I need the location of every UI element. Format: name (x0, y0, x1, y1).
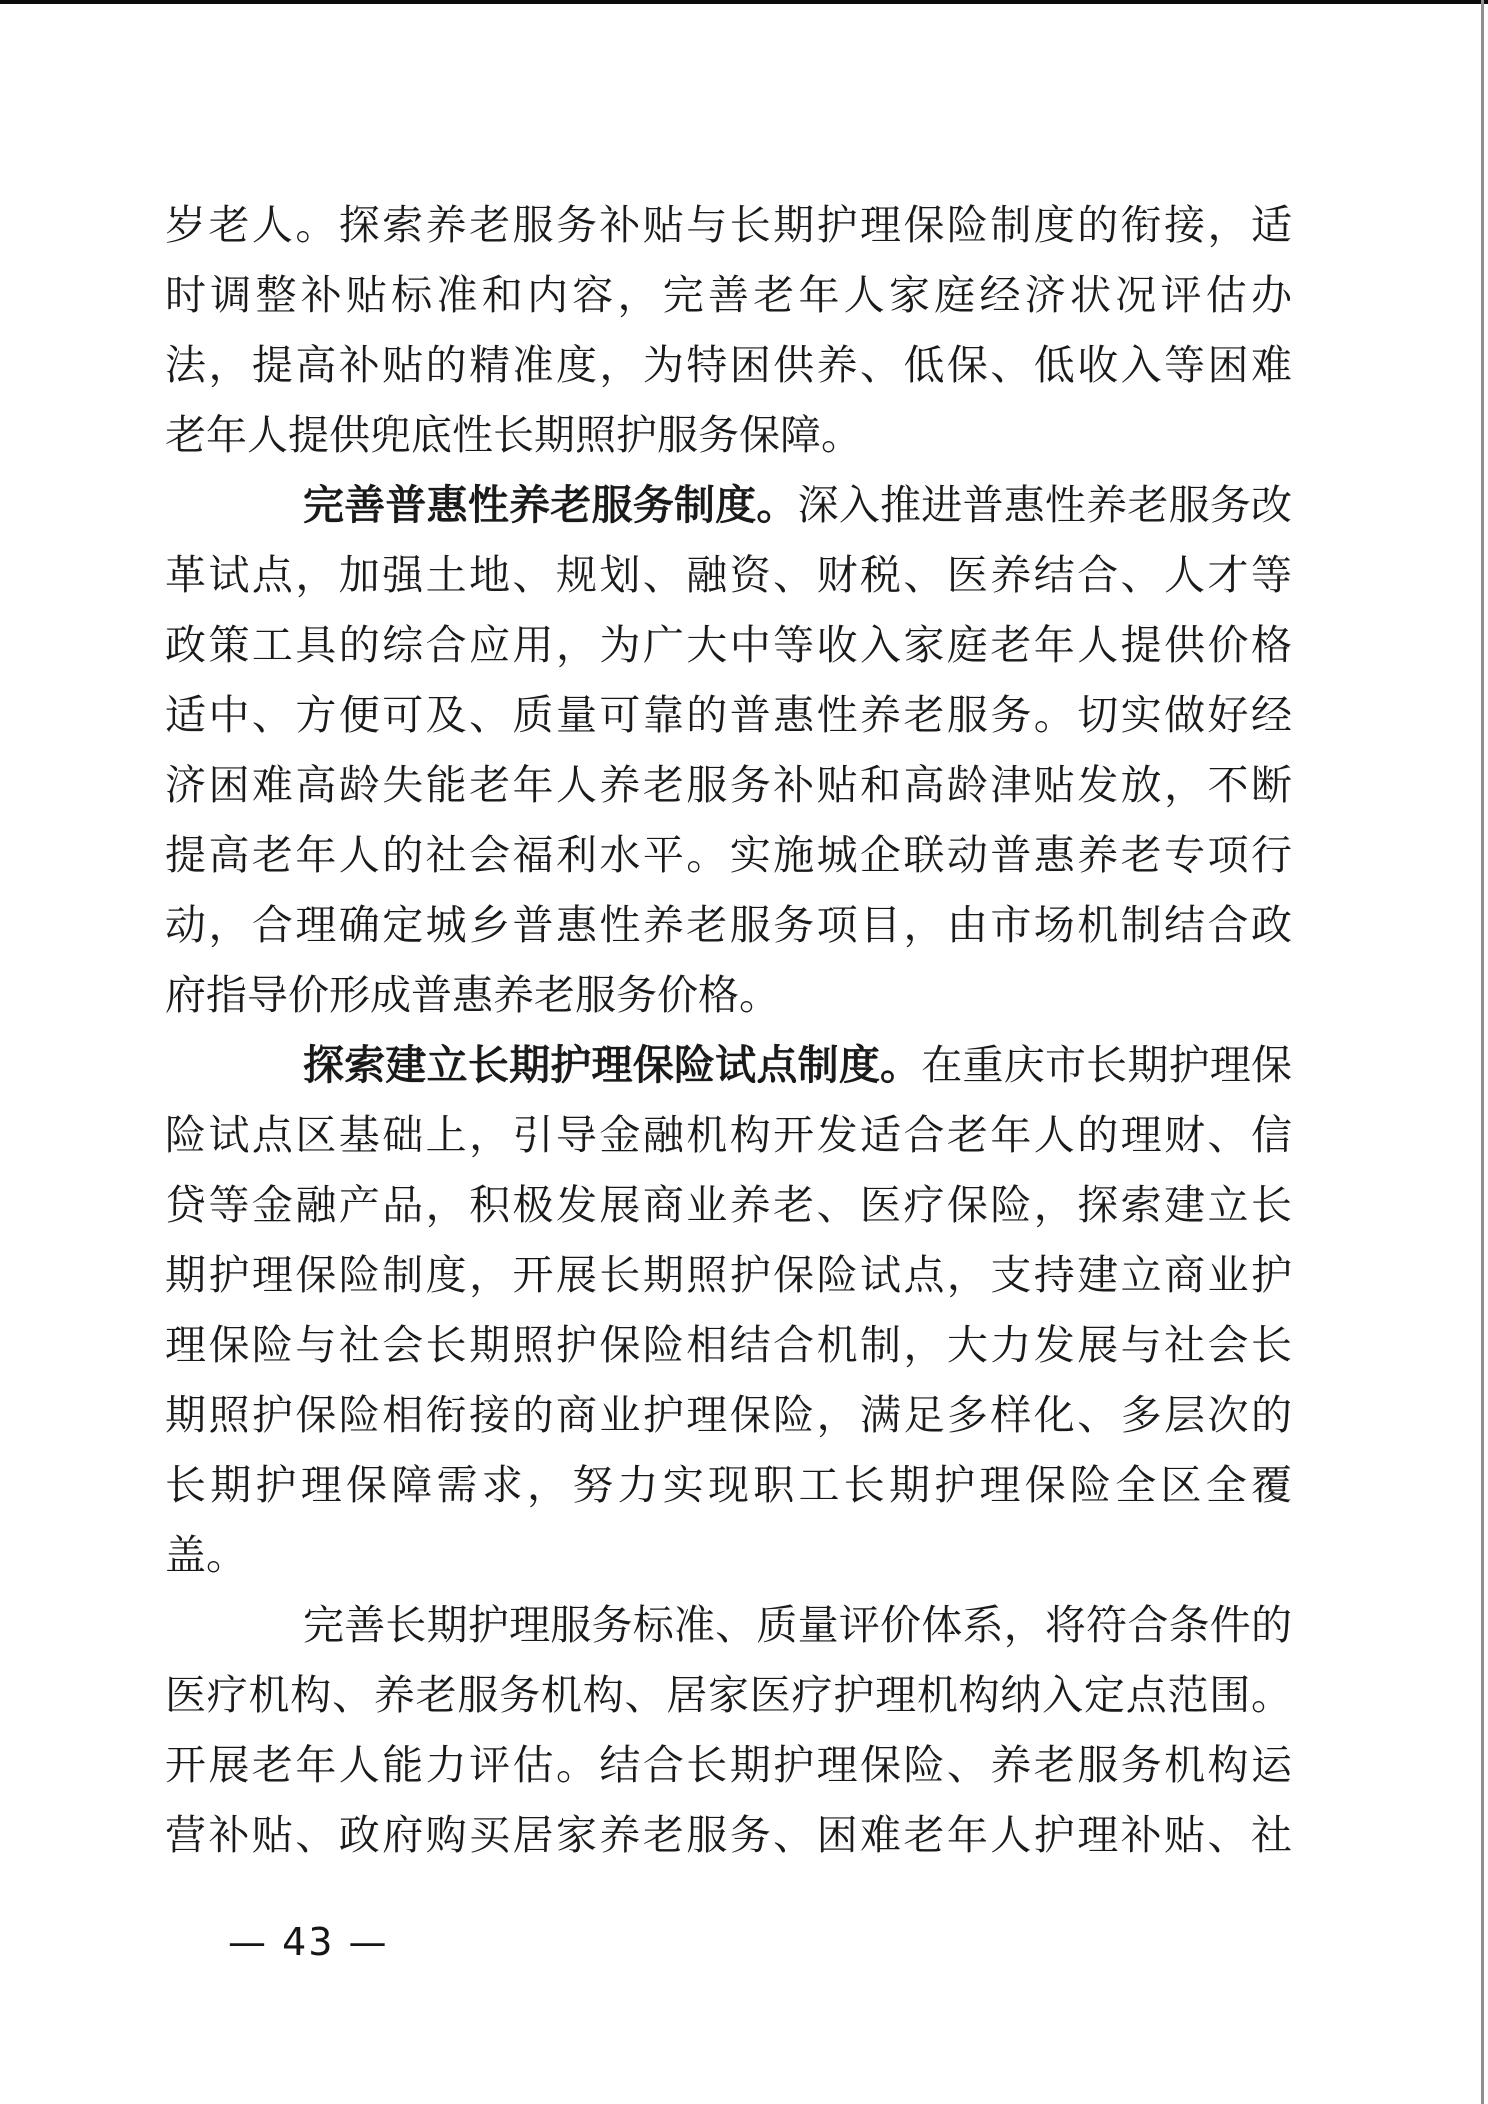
text-segment: 在重庆市长期护理保 (921, 1042, 1292, 1088)
text-line: 提高老年人的社会福利水平。实施城企联动普惠养老专项行 (165, 820, 1292, 890)
document-page: 岁老人。探索养老服务补贴与长期护理保险制度的衔接，适时调整补贴标准和内容，完善老… (0, 0, 1488, 2104)
text-segment: 适中、方便可及、质量可靠的普惠性养老服务。切实做好经 (165, 692, 1292, 738)
text-segment: 动，合理确定城乡普惠性养老服务项目，由市场机制结合政 (165, 902, 1292, 948)
text-line: 贷等金融产品，积极发展商业养老、医疗保险，探索建立长 (165, 1170, 1292, 1240)
text-line: 政策工具的综合应用，为广大中等收入家庭老年人提供价格 (165, 610, 1292, 680)
text-segment: 革试点，加强土地、规划、融资、财税、医养结合、人才等 (165, 552, 1292, 598)
text-segment: 完善长期护理服务标准、质量评价体系，将符合条件的 (303, 1602, 1292, 1648)
text-segment: 府指导价形成普惠养老服务价格。 (165, 972, 780, 1018)
text-segment: 济困难高龄失能老年人养老服务补贴和高龄津贴发放，不断 (165, 762, 1292, 808)
text-line: 岁老人。探索养老服务补贴与长期护理保险制度的衔接，适 (165, 190, 1292, 260)
text-segment: 岁老人。探索养老服务补贴与长期护理保险制度的衔接，适 (165, 202, 1292, 248)
text-segment: 时调整补贴标准和内容，完善老年人家庭经济状况评估办 (165, 272, 1292, 318)
text-line: 期护理保险制度，开展长期照护保险试点，支持建立商业护 (165, 1240, 1292, 1310)
text-segment: 贷等金融产品，积极发展商业养老、医疗保险，探索建立长 (165, 1182, 1292, 1228)
scan-edge-top (0, 0, 1488, 4)
text-segment: 深入推进普惠性养老服务改 (798, 482, 1292, 528)
text-line: 险试点区基础上，引导金融机构开发适合老年人的理财、信 (165, 1100, 1292, 1170)
text-segment: 理保险与社会长期照护保险相结合机制，大力发展与社会长 (165, 1322, 1292, 1368)
text-segment: 政策工具的综合应用，为广大中等收入家庭老年人提供价格 (165, 622, 1292, 668)
text-segment: 医疗机构、养老服务机构、居家医疗护理机构纳入定点范围。 (165, 1672, 1292, 1718)
bold-paragraph-lead: 完善普惠性养老服务制度。 (303, 482, 798, 528)
text-line: 理保险与社会长期照护保险相结合机制，大力发展与社会长 (165, 1310, 1292, 1380)
text-line: 时调整补贴标准和内容，完善老年人家庭经济状况评估办 (165, 260, 1292, 330)
text-segment: 营补贴、政府购买居家养老服务、困难老年人护理补贴、社 (165, 1812, 1292, 1858)
text-line: 完善长期护理服务标准、质量评价体系，将符合条件的 (165, 1590, 1292, 1660)
text-segment: 期照护保险相衔接的商业护理保险，满足多样化、多层次的 (165, 1392, 1292, 1438)
text-segment: 期护理保险制度，开展长期照护保险试点，支持建立商业护 (165, 1252, 1292, 1298)
text-line: 革试点，加强土地、规划、融资、财税、医养结合、人才等 (165, 540, 1292, 610)
page-number: — 43 — (228, 1916, 389, 1968)
text-line: 法，提高补贴的精准度，为特困供养、低保、低收入等困难 (165, 330, 1292, 400)
text-segment: 盖。 (165, 1532, 247, 1578)
text-line: 开展老年人能力评估。结合长期护理保险、养老服务机构运 (165, 1730, 1292, 1800)
text-segment: 险试点区基础上，引导金融机构开发适合老年人的理财、信 (165, 1112, 1292, 1158)
text-line: 长期护理保障需求，努力实现职工长期护理保险全区全覆 (165, 1450, 1292, 1520)
text-line: 探索建立长期护理保险试点制度。在重庆市长期护理保 (165, 1030, 1292, 1100)
text-line: 动，合理确定城乡普惠性养老服务项目，由市场机制结合政 (165, 890, 1292, 960)
document-body: 岁老人。探索养老服务补贴与长期护理保险制度的衔接，适时调整补贴标准和内容，完善老… (165, 190, 1292, 1870)
text-line: 医疗机构、养老服务机构、居家医疗护理机构纳入定点范围。 (165, 1660, 1292, 1730)
text-line: 期照护保险相衔接的商业护理保险，满足多样化、多层次的 (165, 1380, 1292, 1450)
bold-paragraph-lead: 探索建立长期护理保险试点制度。 (303, 1042, 921, 1088)
text-segment: 长期护理保障需求，努力实现职工长期护理保险全区全覆 (165, 1462, 1292, 1508)
text-segment: 法，提高补贴的精准度，为特困供养、低保、低收入等困难 (165, 342, 1292, 388)
text-line: 老年人提供兜底性长期照护服务保障。 (165, 400, 1292, 470)
text-segment: 开展老年人能力评估。结合长期护理保险、养老服务机构运 (165, 1742, 1292, 1788)
scan-edge-right (1481, 0, 1484, 2104)
text-line: 完善普惠性养老服务制度。深入推进普惠性养老服务改 (165, 470, 1292, 540)
text-line: 府指导价形成普惠养老服务价格。 (165, 960, 1292, 1030)
text-segment: 老年人提供兜底性长期照护服务保障。 (165, 412, 862, 458)
text-line: 适中、方便可及、质量可靠的普惠性养老服务。切实做好经 (165, 680, 1292, 750)
text-segment: 提高老年人的社会福利水平。实施城企联动普惠养老专项行 (165, 832, 1292, 878)
text-line: 盖。 (165, 1520, 1292, 1590)
text-line: 营补贴、政府购买居家养老服务、困难老年人护理补贴、社 (165, 1800, 1292, 1870)
text-line: 济困难高龄失能老年人养老服务补贴和高龄津贴发放，不断 (165, 750, 1292, 820)
